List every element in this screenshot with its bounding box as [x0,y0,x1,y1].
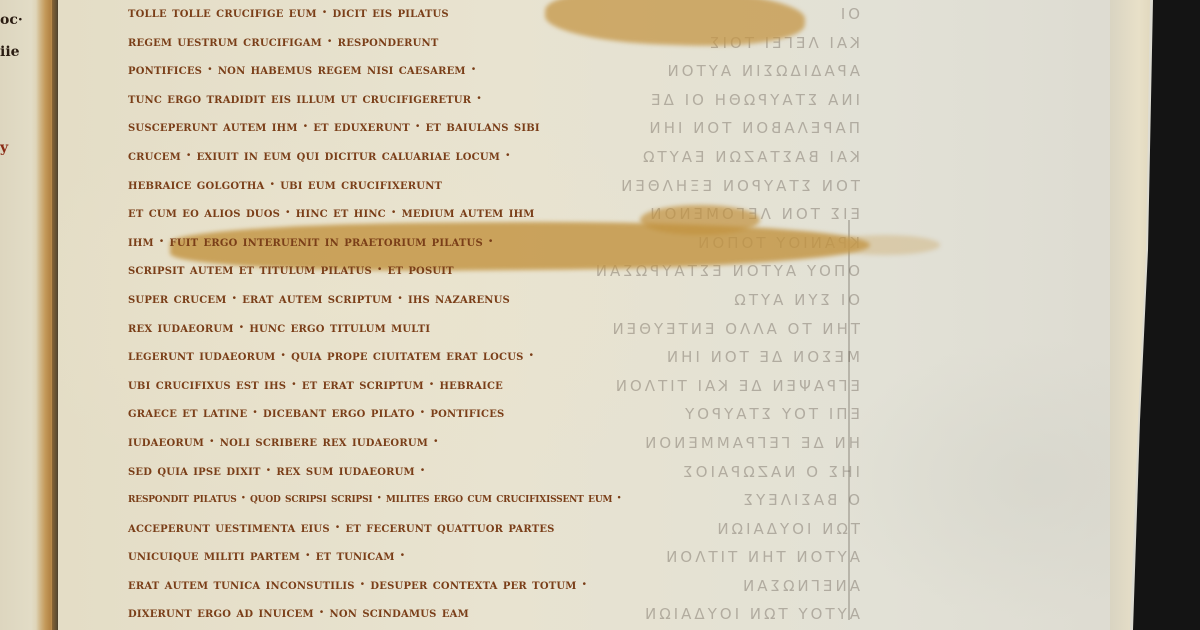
text-line: ihm · fuit ergo interuenit in praetorium… [128,233,848,262]
text-line: regem uestrum crucifigam · responderunt [128,33,848,62]
facing-page-text-fragment: oc· [0,12,23,28]
text-line: acceperunt uestimenta eius · et fecerunt… [128,519,848,548]
text-line: rex iudaeorum · hunc ergo titulum multi [128,319,848,348]
text-line: tunc ergo tradidit eis illum ut crucifig… [128,90,848,119]
facing-page-text-fragment: iie [0,44,20,60]
facing-page-rubric-fragment: y [0,140,8,156]
text-line: erat autem tunica inconsutilis · desuper… [128,576,848,605]
latin-text-column: tolle tolle crucifige eum · dicit eis pi… [128,4,848,630]
text-line: et cum eo alios duos · hinc et hinc · me… [128,204,848,233]
text-line: crucem · exiuit in eum qui dicitur calua… [128,147,848,176]
text-line: respondit pilatus · quod scripsi scripsi… [128,490,848,519]
text-line: sed quia ipse dixit · rex sum iudaeorum … [128,462,848,491]
text-line: susceperunt autem ihm · et eduxerunt · e… [128,118,848,147]
text-line: unicuique militi partem · et tunicam · [128,547,848,576]
text-line: tolle tolle crucifige eum · dicit eis pi… [128,4,848,33]
text-line: graece et latine · dicebant ergo pilato … [128,404,848,433]
manuscript-photo: oc· iie y ΟΙ ΚΑΙ ΛΕΓΕΙ ΤΟΙΣ ΑΡΑΔΙΔΩΣΙΝ Α… [0,0,1200,630]
bleedthrough-column-rule [848,220,850,620]
text-line: pontifices · non habemus regem nisi caes… [128,61,848,90]
text-line: hebraice golgotha · ubi eum crucifixerun… [128,176,848,205]
text-line: ubi crucifixus est ihs · et erat scriptu… [128,376,848,405]
text-line: super crucem · erat autem scriptum · ihs… [128,290,848,319]
text-line: legerunt iudaeorum · quia prope ciuitate… [128,347,848,376]
text-line: dixerunt ergo ad inuicem · non scindamus… [128,604,848,630]
text-line: scripsit autem et titulum pilatus · et p… [128,261,848,290]
text-line: iudaeorum · noli scribere rex iudaeorum … [128,433,848,462]
